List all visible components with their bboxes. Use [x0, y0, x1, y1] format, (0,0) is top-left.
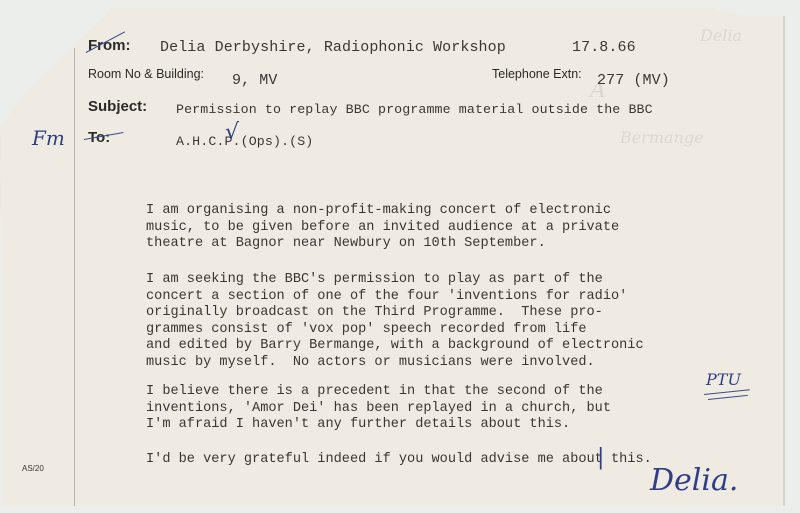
- ptu-underline: [704, 389, 750, 395]
- show-through-writing: Delia: [700, 26, 742, 45]
- to-value: A.H.C.P.(Ops).(S): [176, 134, 313, 149]
- form-code: AS/20: [22, 464, 44, 473]
- body-line: and edited by Barry Bermange, with a bac…: [146, 338, 644, 355]
- body-line: I am seeking the BBC's permission to pla…: [146, 272, 644, 289]
- insertion-stroke: |: [597, 445, 604, 470]
- signature: Delia.: [650, 463, 738, 498]
- show-through-writing: Bermange: [620, 128, 704, 147]
- margin-rule: [74, 48, 75, 506]
- margin-note: Fm: [32, 126, 65, 150]
- body-line: inventions, 'Amor Dei' has been replayed…: [146, 401, 611, 418]
- body-line: I am organising a non-profit-making conc…: [146, 203, 619, 220]
- room-label: Room No & Building:: [88, 67, 204, 81]
- ptu-note: PTU: [706, 370, 741, 389]
- memo-sheet: Delia A Bermange From: Delia Derbyshire,…: [0, 8, 785, 506]
- body-line: music by myself. No actors or musicians …: [146, 355, 644, 372]
- tick-mark: √: [225, 120, 239, 145]
- body-paragraph-4: I'd be very grateful indeed if you would…: [146, 452, 652, 469]
- body-line: I'm afraid I haven't any further details…: [146, 417, 611, 434]
- subject-label: Subject:: [88, 98, 147, 115]
- room-value: 9, MV: [232, 72, 278, 89]
- body-paragraph-2: I am seeking the BBC's permission to pla…: [146, 272, 644, 371]
- body-line: music, to be given before an invited aud…: [146, 220, 619, 237]
- body-line: grammes consist of 'vox pop' speech reco…: [146, 322, 644, 339]
- body-line: I'd be very grateful indeed if you would…: [146, 452, 652, 469]
- ptu-underline: [708, 395, 748, 400]
- memo-date: 17.8.66: [572, 39, 636, 56]
- from-value: Delia Derbyshire, Radiophonic Workshop: [160, 39, 506, 56]
- body-paragraph-3: I believe there is a precedent in that t…: [146, 384, 611, 434]
- telephone-label: Telephone Extn:: [492, 67, 582, 81]
- body-paragraph-1: I am organising a non-profit-making conc…: [146, 203, 619, 253]
- subject-value: Permission to replay BBC programme mater…: [176, 102, 653, 117]
- body-line: theatre at Bagnor near Newbury on 10th S…: [146, 236, 619, 253]
- body-line: originally broadcast on the Third Progra…: [146, 305, 644, 322]
- body-line: I believe there is a precedent in that t…: [146, 384, 611, 401]
- body-line: concert a section of one of the four 'in…: [146, 289, 644, 306]
- telephone-value: 277 (MV): [597, 72, 670, 89]
